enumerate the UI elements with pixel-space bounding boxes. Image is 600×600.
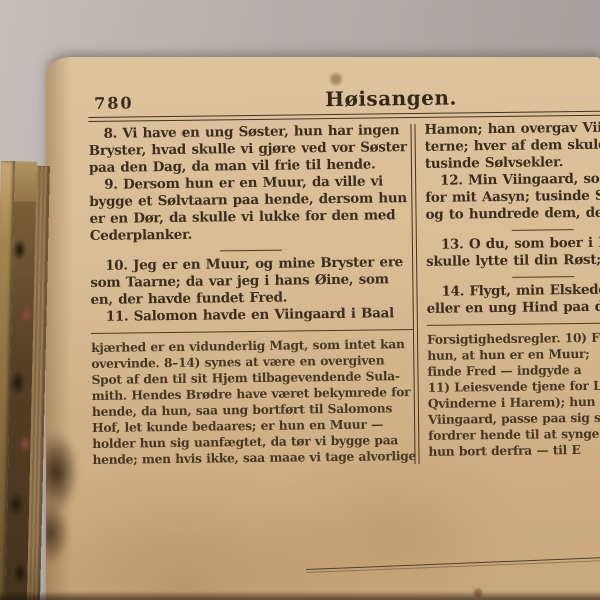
left-column: 8. Vi have en ung Søster, hun har ingenB… — [88, 122, 414, 468]
verse-divider-rule — [220, 250, 282, 252]
right-column: Hamon; han overgav Viingaarterne; hver a… — [424, 120, 600, 464]
text-columns: 8. Vi have en ung Søster, hun har ingenB… — [88, 120, 600, 468]
verse-line: 14. Flygt, min Elskede! — [426, 282, 600, 301]
note-line: hun bort derfra — til E — [428, 442, 600, 460]
commentary-separator-rule — [427, 323, 600, 326]
verse-line: Hamon; han overgav Viingaar — [424, 120, 600, 139]
verse-line: og to hundrede dem, der vogt — [425, 205, 600, 224]
book-cover — [0, 161, 50, 600]
verse-line: skulle lytte til din Røst; lad — [426, 252, 600, 271]
photo-scene: 780 Høisangen. 8. Vi have en ung Søster,… — [0, 0, 600, 600]
page-content: 780 Høisangen. 8. Vi have en ung Søster,… — [88, 84, 600, 468]
page-title: Høisangen. — [325, 85, 457, 111]
verse-divider-rule — [512, 276, 574, 278]
verse-divider-rule — [512, 229, 574, 231]
photo-bottom-shadow — [0, 591, 600, 600]
verse-line: for mit Aasyn; tusinde Sølvsek — [425, 188, 600, 207]
verse-line: terne; hver af dem skulde give fo — [425, 137, 600, 156]
book-page: 780 Høisangen. 8. Vi have en ung Søster,… — [46, 57, 600, 600]
page-number: 780 — [94, 93, 134, 112]
note-line: hende; men hvis ikke, saa maae vi tage a… — [92, 448, 414, 468]
verse-line: tusinde Sølvsekler. — [425, 154, 600, 173]
commentary-separator-rule — [91, 329, 413, 334]
verse-line: Cederplanker. — [90, 224, 412, 245]
footnote-rule — [306, 557, 600, 573]
book-cover-corner — [14, 161, 37, 203]
verse-line: 11. Salomon havde en Viingaard i Baal — [91, 305, 413, 326]
verse-line: 13. O du, som boer i Havern — [426, 235, 600, 254]
verse-line: eller en ung Hind paa de — [427, 299, 600, 318]
verse-line: 12. Min Viingaard, som hø — [425, 171, 600, 190]
